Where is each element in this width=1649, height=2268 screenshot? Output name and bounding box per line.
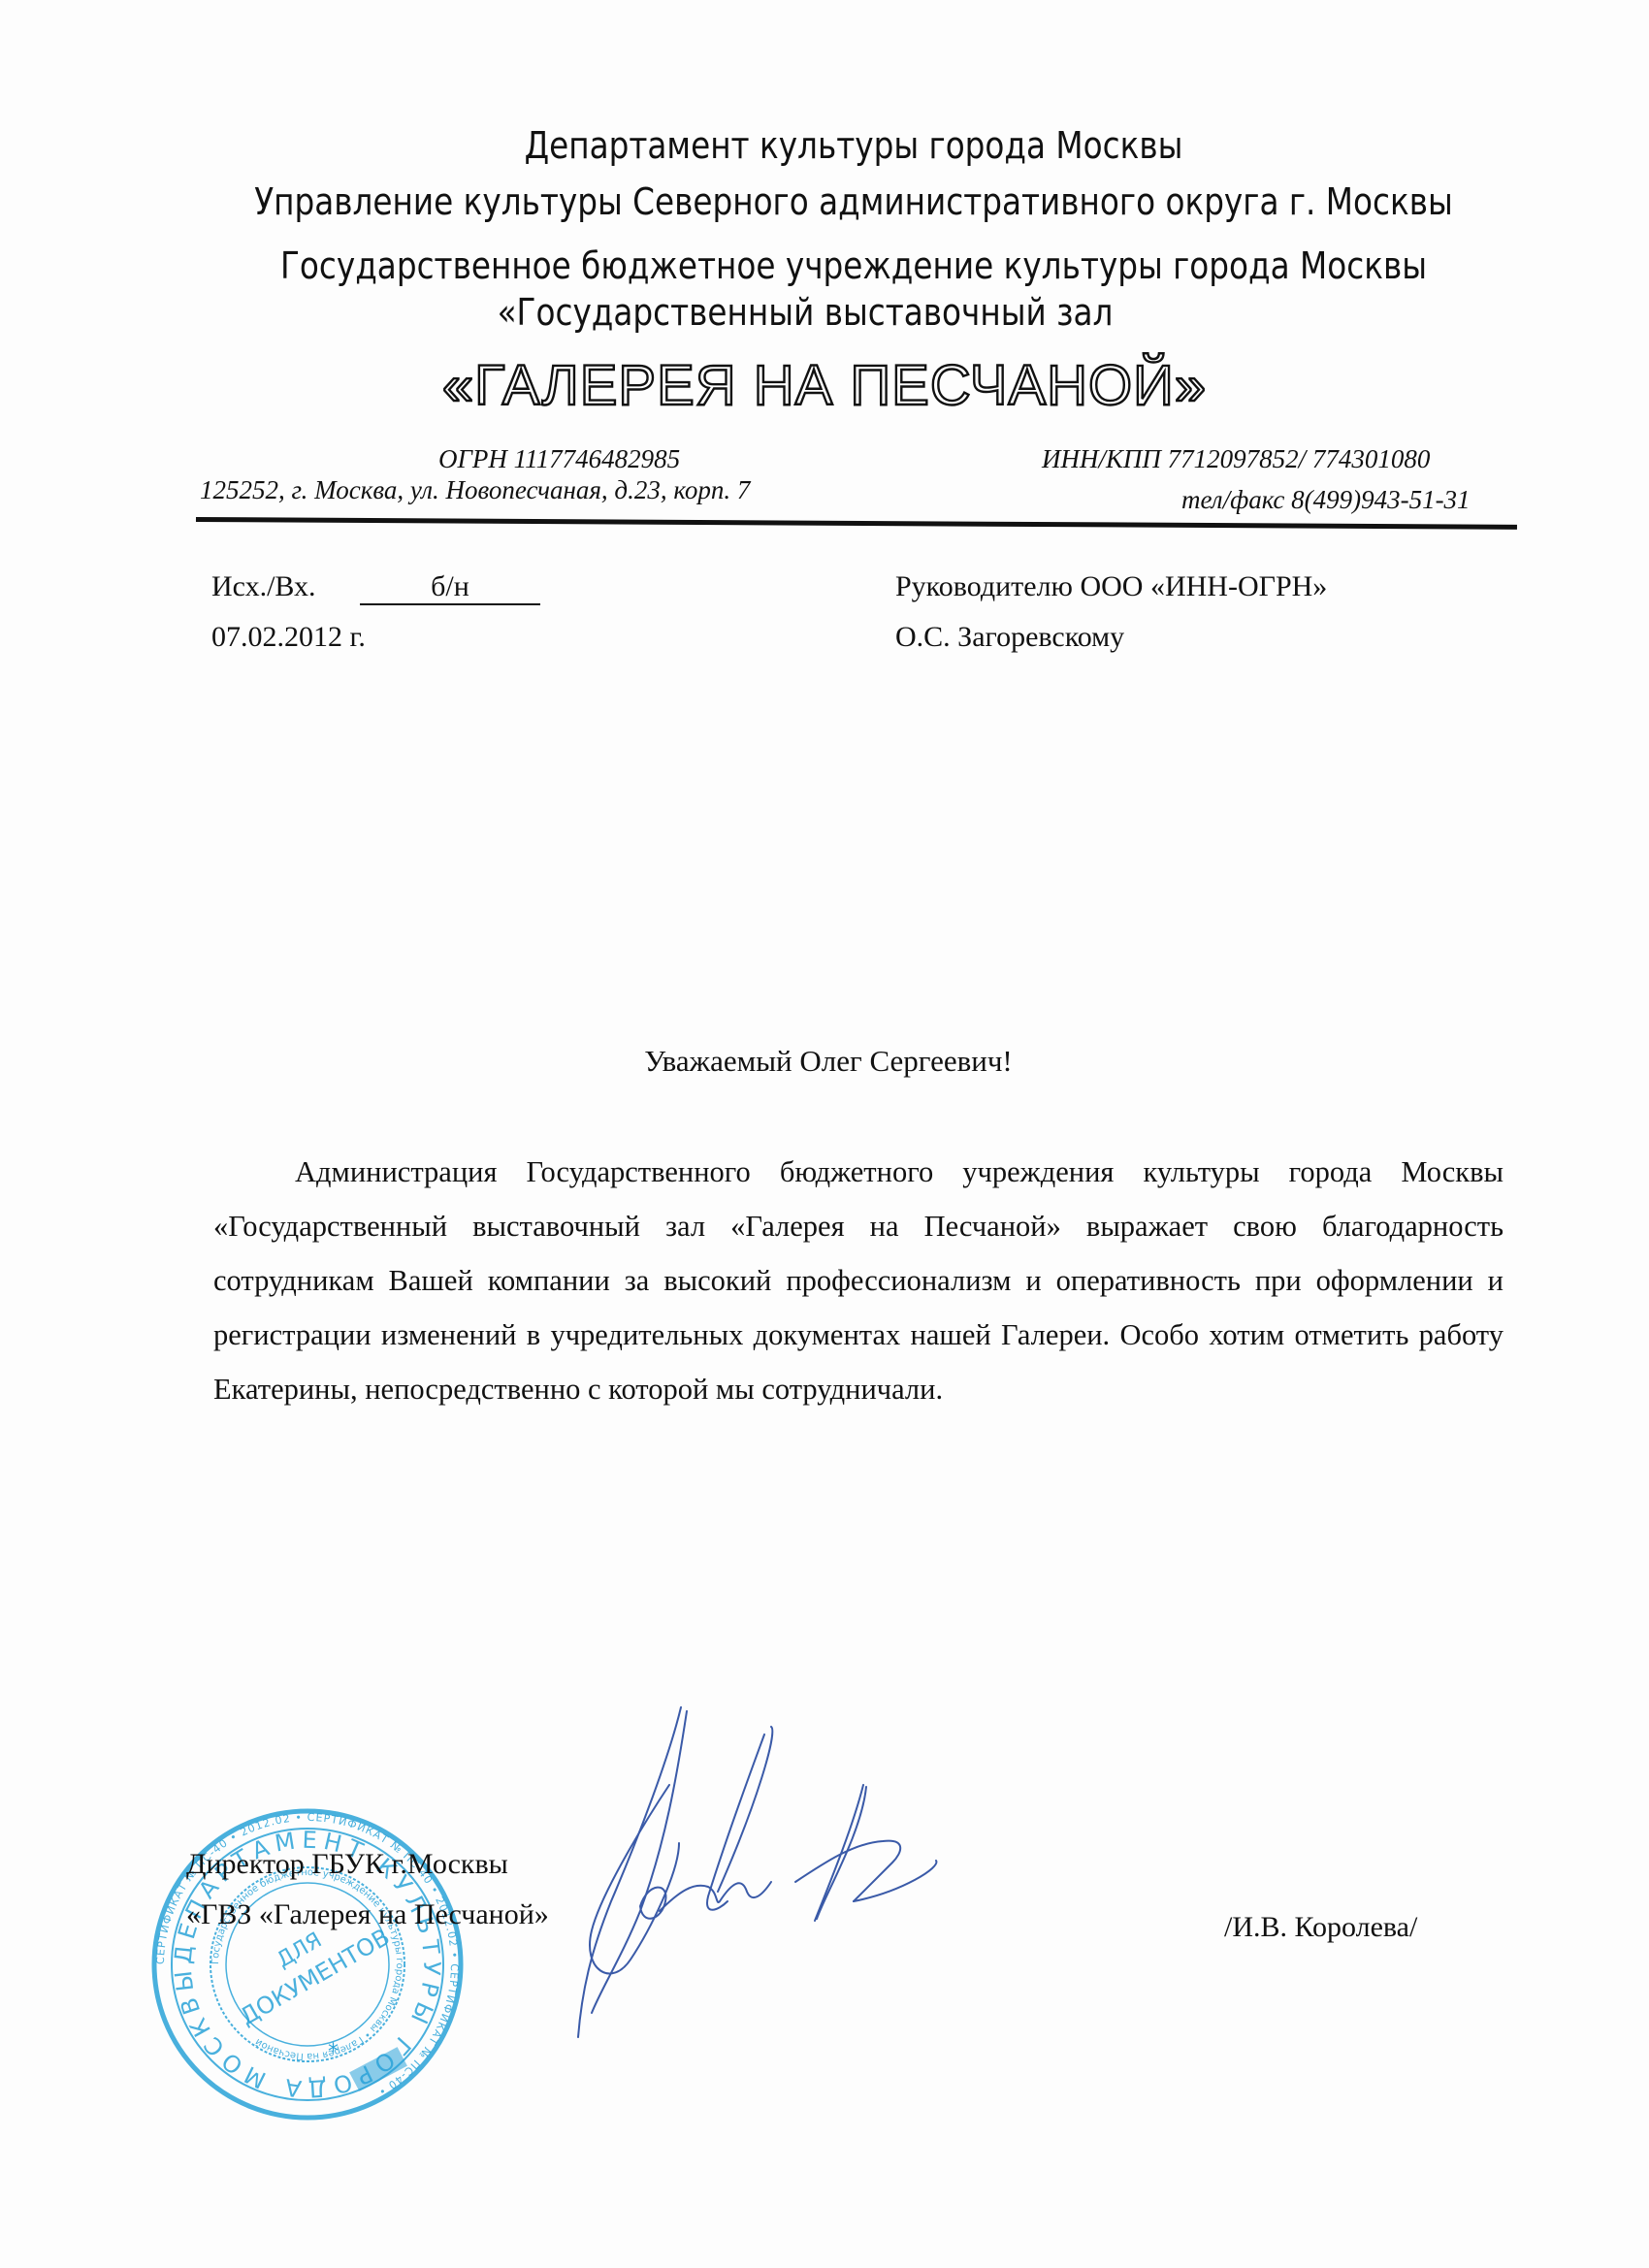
outgoing-number-label: Исх./Вх. bbox=[211, 570, 316, 603]
ogrn: ОГРН 1117746482985 bbox=[438, 444, 680, 474]
handwritten-signature-icon bbox=[572, 1698, 1077, 2047]
letter-page: Департамент культуры города Москвы Управ… bbox=[0, 0, 1649, 2268]
signer-title-line1: Директор ГБУК г.Москвы bbox=[186, 1848, 508, 1881]
gallery-name-logo: «ГАЛЕРЕЯ НА ПЕСЧАНОЙ» bbox=[0, 353, 1649, 418]
addressee-name: О.С. Загоревскому bbox=[895, 621, 1124, 654]
letterhead-department: Департамент культуры города Москвы bbox=[145, 124, 1563, 167]
outgoing-number-underline bbox=[360, 603, 540, 605]
letterhead-administration: Управление культуры Северного администра… bbox=[145, 180, 1563, 223]
phone-fax: тел/факс 8(499)943-51-31 bbox=[1181, 485, 1471, 515]
addressee-position: Руководителю ООО «ИНН-ОГРН» bbox=[895, 570, 1327, 603]
signer-title-line2: «ГВЗ «Галерея на Песчаной» bbox=[186, 1898, 549, 1931]
svg-text:*: * bbox=[328, 2040, 339, 2064]
signer-name: /И.В. Королева/ bbox=[1224, 1911, 1417, 1944]
svg-text:ДЛЯ: ДЛЯ bbox=[273, 1928, 326, 1973]
postal-address: 125252, г. Москва, ул. Новопесчаная, д.2… bbox=[200, 475, 750, 505]
letterhead-institution: Государственное бюджетное учреждение кул… bbox=[145, 244, 1563, 287]
svg-text:ДОКУМЕНТОВ: ДОКУМЕНТОВ bbox=[235, 1924, 394, 2031]
letterhead-hall: «Государственный выставочный зал bbox=[96, 291, 1514, 334]
letter-date: 07.02.2012 г. bbox=[211, 621, 366, 654]
greeting: Уважаемый Олег Сергеевич! bbox=[4, 1044, 1649, 1079]
letter-body: Администрация Государственного бюджетног… bbox=[213, 1145, 1503, 1416]
svg-text:Государственное бюджетное учре: Государственное бюджетное учреждение кул… bbox=[210, 1867, 404, 2061]
inn-kpp: ИНН/КПП 7712097852/ 774301080 bbox=[1042, 444, 1430, 474]
letterhead-divider bbox=[196, 517, 1517, 530]
outgoing-number-value: б/н bbox=[360, 570, 540, 603]
